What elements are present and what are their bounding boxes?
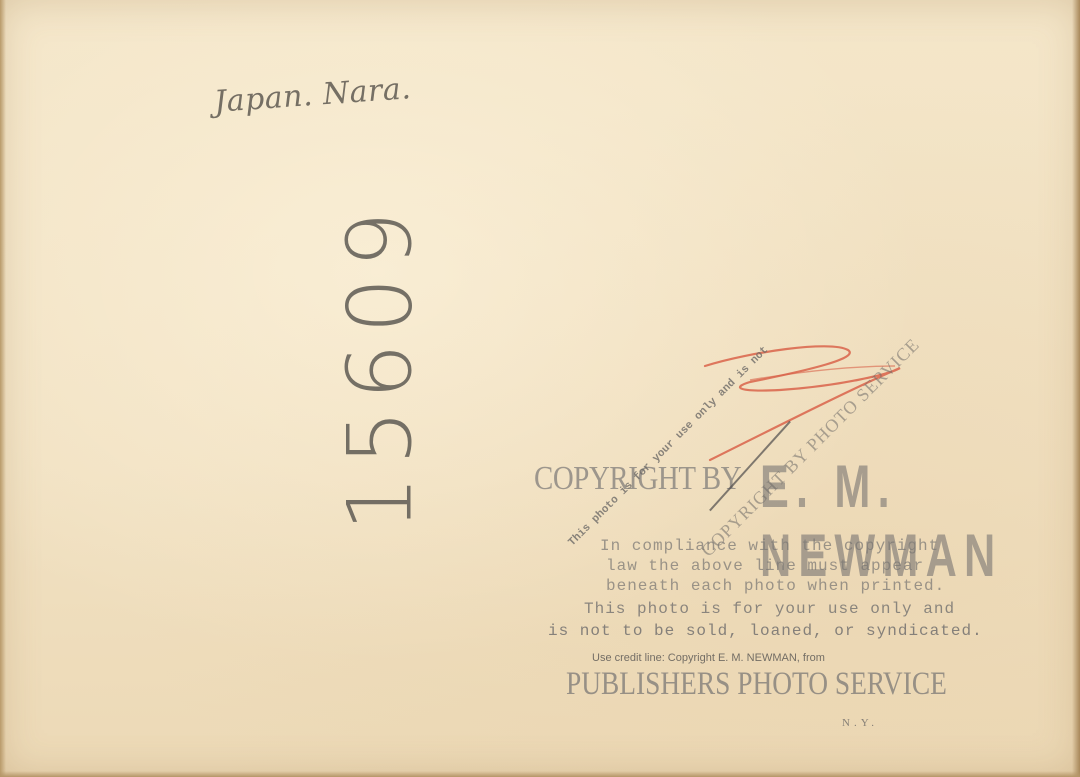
notice-line-1: In compliance with the copyright: [600, 537, 939, 555]
card-edge-right: [1072, 0, 1080, 777]
photo-card-back: Japan. Nara. 15609 COPYRIGHT BY E. M. NE…: [0, 0, 1080, 777]
credit-line: Use credit line: Copyright E. M. NEWMAN,…: [592, 652, 825, 664]
agency-location: N.Y.: [842, 717, 878, 729]
notice-line-4: This photo is for your use only and: [584, 600, 955, 618]
handwritten-catalog-number: 15609: [329, 232, 432, 532]
agency-stamp: PUBLISHERS PHOTO SERVICE: [566, 666, 947, 703]
notice-line-3: beneath each photo when printed.: [606, 577, 945, 595]
handwritten-location: Japan. Nara.: [213, 71, 412, 120]
notice-line-2: law the above line must appear: [606, 557, 924, 575]
card-edge-left: [0, 0, 6, 777]
card-edge-bottom: [0, 771, 1080, 777]
notice-line-5: is not to be sold, loaned, or syndicated…: [548, 622, 983, 640]
